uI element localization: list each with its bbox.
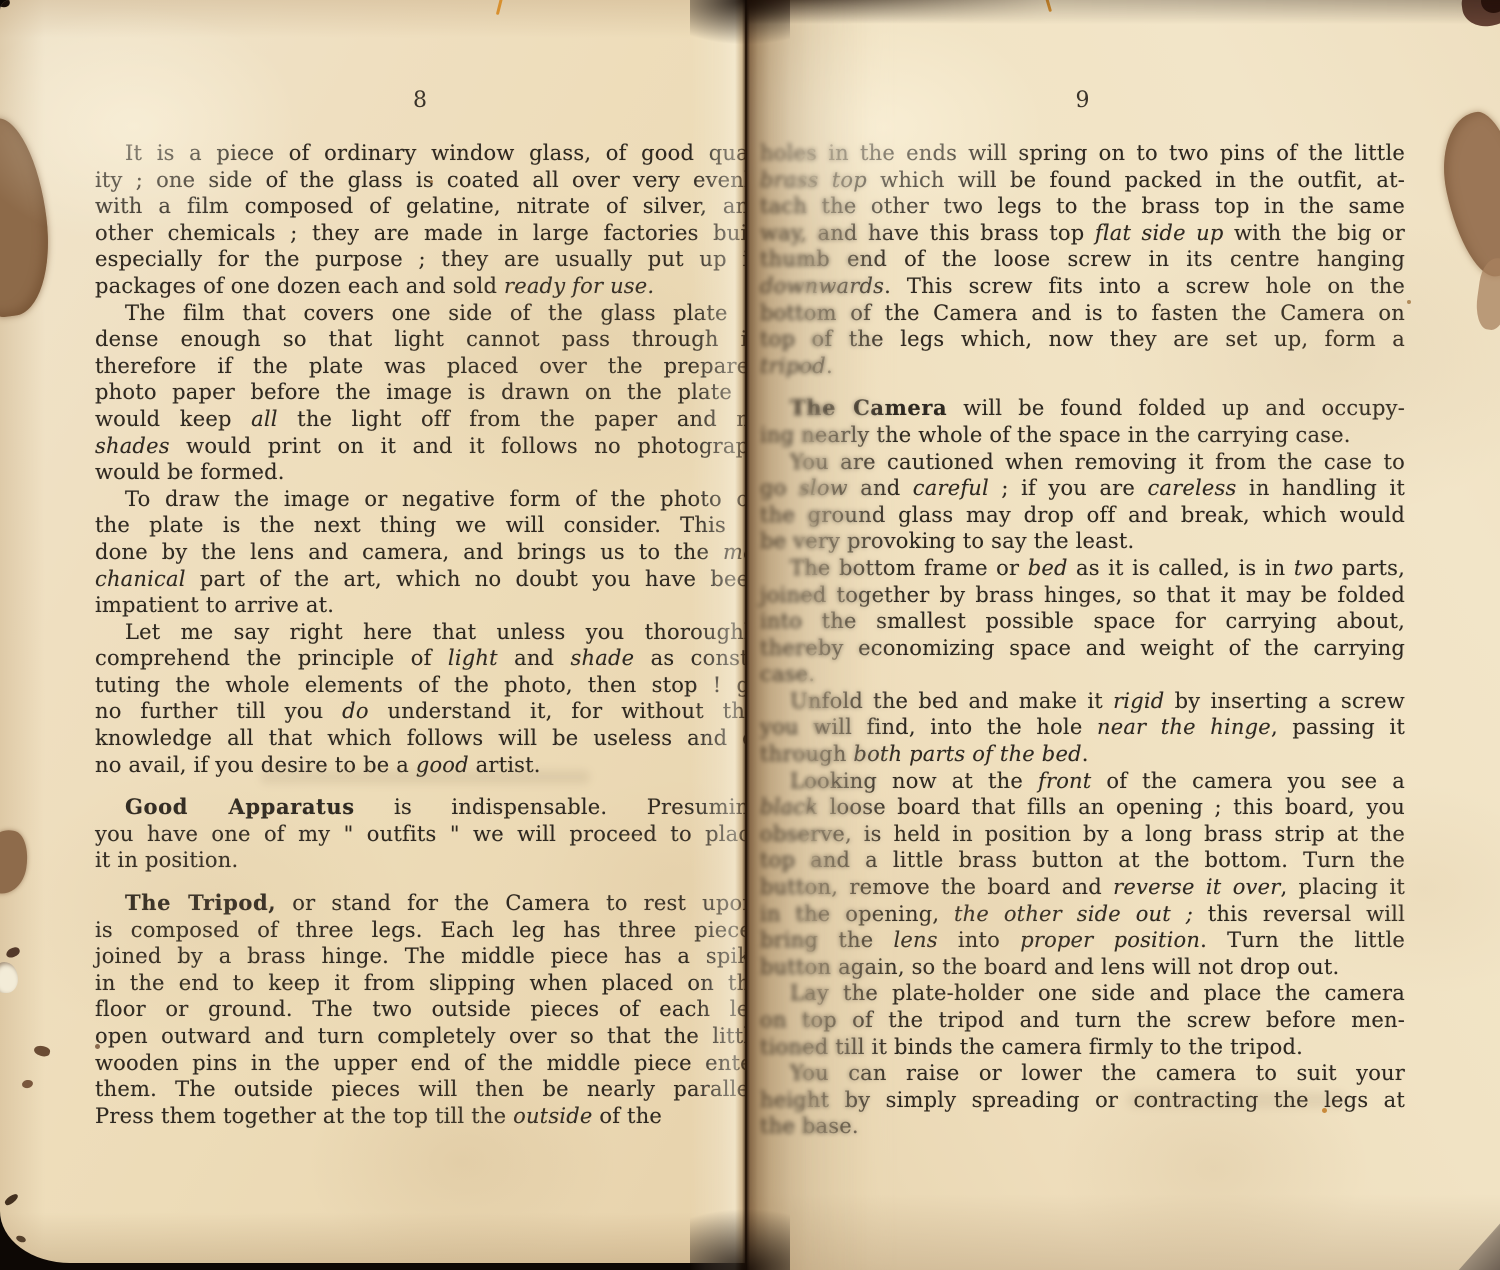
text-line: observe, is held in position by a long b… [760,821,1405,848]
ink-speck [33,1044,51,1058]
text-line: especially for the purpose ; they are us… [95,246,745,273]
paragraph: To draw the image or negative form of th… [95,486,745,619]
text-line: holes in the ends will spring on to two … [760,140,1405,167]
paragraph: Unfold the bed and make it rigid by inse… [760,688,1405,768]
text-line: would be formed. [95,459,745,486]
left-page-text: It is a piece of ordinary window glass, … [95,140,745,1129]
text-line: tripod. [760,353,1405,380]
stain-right-edge-tail [1473,256,1500,332]
text-line: top of the legs which, now they are set … [760,326,1405,353]
text-line: other chemicals ; they are made in large… [95,220,745,247]
text-line: thumb end of the loose screw in its cent… [760,246,1405,273]
text-line: them. The outside pieces will then be ne… [95,1076,745,1103]
paragraph: It is a piece of ordinary window glass, … [95,140,745,300]
orange-fiber [496,0,503,15]
text-line: the base. [760,1113,1405,1140]
text-line: the ground glass may drop off and break,… [760,502,1405,529]
right-page-text: holes in the ends will spring on to two … [760,140,1405,1140]
right-page: 9 holes in the ends will spring on to tw… [747,0,1500,1270]
text-line: Press them together at the top till the … [95,1103,745,1130]
text-line: ing nearly the whole of the space in the… [760,422,1405,449]
text-line: Lay the plate-holder one side and place … [760,980,1405,1007]
text-line: no further till you do understand it, fo… [95,698,745,725]
text-line: you have one of my " outfits " we will p… [95,821,745,848]
stain-right-edge [1432,106,1500,283]
text-line: brass top which will be found packed in … [760,167,1405,194]
text-line: shades would print on it and it follows … [95,433,745,460]
text-line: comprehend the principle of light and sh… [95,645,745,672]
text-line: you will find, into the hole near the hi… [760,714,1405,741]
paper-hole [0,962,18,993]
text-line: in the opening, the other side out ; thi… [760,901,1405,928]
paragraph: holes in the ends will spring on to two … [760,140,1405,379]
paragraph: The film that covers one side of the gla… [95,300,745,486]
ink-speck [21,1079,33,1089]
paragraph: The Camera will be found folded up and o… [760,395,1405,448]
text-line: It is a piece of ordinary window glass, … [95,140,745,167]
text-line: tach the other two legs to the brass top… [760,193,1405,220]
paragraph: You can raise or lower the camera to sui… [760,1060,1405,1140]
text-line: photo paper before the image is drawn on… [95,379,745,406]
text-line: no avail, if you desire to be a good art… [95,752,745,779]
text-line: button again, so the board and lens will… [760,954,1405,981]
text-line: packages of one dozen each and sold read… [95,273,745,300]
ink-speck [3,1192,19,1206]
text-line: You are cautioned when removing it from … [760,449,1405,476]
corner-fold [1452,1216,1500,1270]
stain-left-edge-mid [0,827,32,897]
orange-fiber [1045,0,1052,12]
text-line: top and a little brass button at the bot… [760,847,1405,874]
text-line: The Camera will be found folded up and o… [760,395,1405,422]
corner-notch [0,0,11,9]
paragraph: Let me say right here that unless you th… [95,619,745,779]
text-line: joined together by brass hinges, so that… [760,582,1405,609]
text-line: into the smallest possible space for car… [760,608,1405,635]
text-line: ity ; one side of the glass is coated al… [95,167,745,194]
text-line: bring the lens into proper position. Tur… [760,927,1405,954]
text-line: be very provoking to say the least. [760,528,1405,555]
right-page-number: 9 [760,88,1405,113]
ink-speck [15,1234,26,1243]
text-line: is composed of three legs. Each leg has … [95,917,745,944]
text-line: downwards. This screw fits into a screw … [760,273,1405,300]
text-line: impatient to arrive at. [95,592,745,619]
text-line: Let me say right here that unless you th… [95,619,745,646]
text-line: wooden pins in the upper end of the midd… [95,1050,745,1077]
text-line: knowledge all that which follows will be… [95,725,745,752]
text-line: case. [760,661,1405,688]
text-line: would keep all the light off from the pa… [95,406,745,433]
text-line: way, and have this brass top flat side u… [760,220,1405,247]
text-line: tioned till it binds the camera firmly t… [760,1034,1405,1061]
text-line: joined by a brass hinge. The middle piec… [95,943,745,970]
stain-top-right-corner [1459,0,1500,29]
text-line: bottom of the Camera and is to fasten th… [760,300,1405,327]
text-line: The film that covers one side of the gla… [95,300,745,327]
text-line: tuting the whole elements of the photo, … [95,672,745,699]
text-line: To draw the image or negative form of th… [95,486,745,513]
text-line: go slow and careful ; if you are careles… [760,475,1405,502]
left-page: 8 It is a piece of ordinary window glass… [0,0,745,1263]
text-line: The bottom frame or bed as it is called,… [760,555,1405,582]
text-line: chanical part of the art, which no doubt… [95,566,745,593]
paragraph: The bottom frame or bed as it is called,… [760,555,1405,688]
ink-speck [5,946,21,959]
text-line: open outward and turn completely over so… [95,1023,745,1050]
text-line: Looking now at the front of the camera y… [760,768,1405,795]
text-line: on top of the tripod and turn the screw … [760,1007,1405,1034]
stain-top-right-corner-dark [1481,0,1500,13]
left-page-number: 8 [95,88,745,113]
text-line: Unfold the bed and make it rigid by inse… [760,688,1405,715]
foxing-dot [1407,300,1411,304]
paragraph: Good Apparatus is indispensable. Presumi… [95,794,745,874]
text-line: The Tripod, or stand for the Camera to r… [95,890,745,917]
text-line: button, remove the board and reverse it … [760,874,1405,901]
text-line: floor or ground. The two outside pieces … [95,996,745,1023]
text-line: thereby economizing space and weight of … [760,635,1405,662]
text-line: You can raise or lower the camera to sui… [760,1060,1405,1087]
book-scan: 8 It is a piece of ordinary window glass… [0,0,1500,1270]
paragraph: Looking now at the front of the camera y… [760,768,1405,981]
text-line: height by simply spreading or contractin… [760,1087,1405,1114]
text-line: therefore if the plate was placed over t… [95,353,745,380]
text-line: Good Apparatus is indispensable. Presumi… [95,794,745,821]
paragraph: You are cautioned when removing it from … [760,449,1405,555]
text-line: the plate is the next thing we will cons… [95,512,745,539]
text-line: dense enough so that light cannot pass t… [95,326,745,353]
paragraph: The Tripod, or stand for the Camera to r… [95,890,745,1129]
text-line: it in position. [95,847,745,874]
text-line: in the end to keep it from slipping when… [95,970,745,997]
text-line: through both parts of the bed. [760,741,1405,768]
text-line: with a film composed of gelatine, nitrat… [95,193,745,220]
text-line: done by the lens and camera, and brings … [95,539,745,566]
stain-left-edge-top [0,114,58,320]
text-line: black loose board that fills an opening … [760,794,1405,821]
paragraph: Lay the plate-holder one side and place … [760,980,1405,1060]
